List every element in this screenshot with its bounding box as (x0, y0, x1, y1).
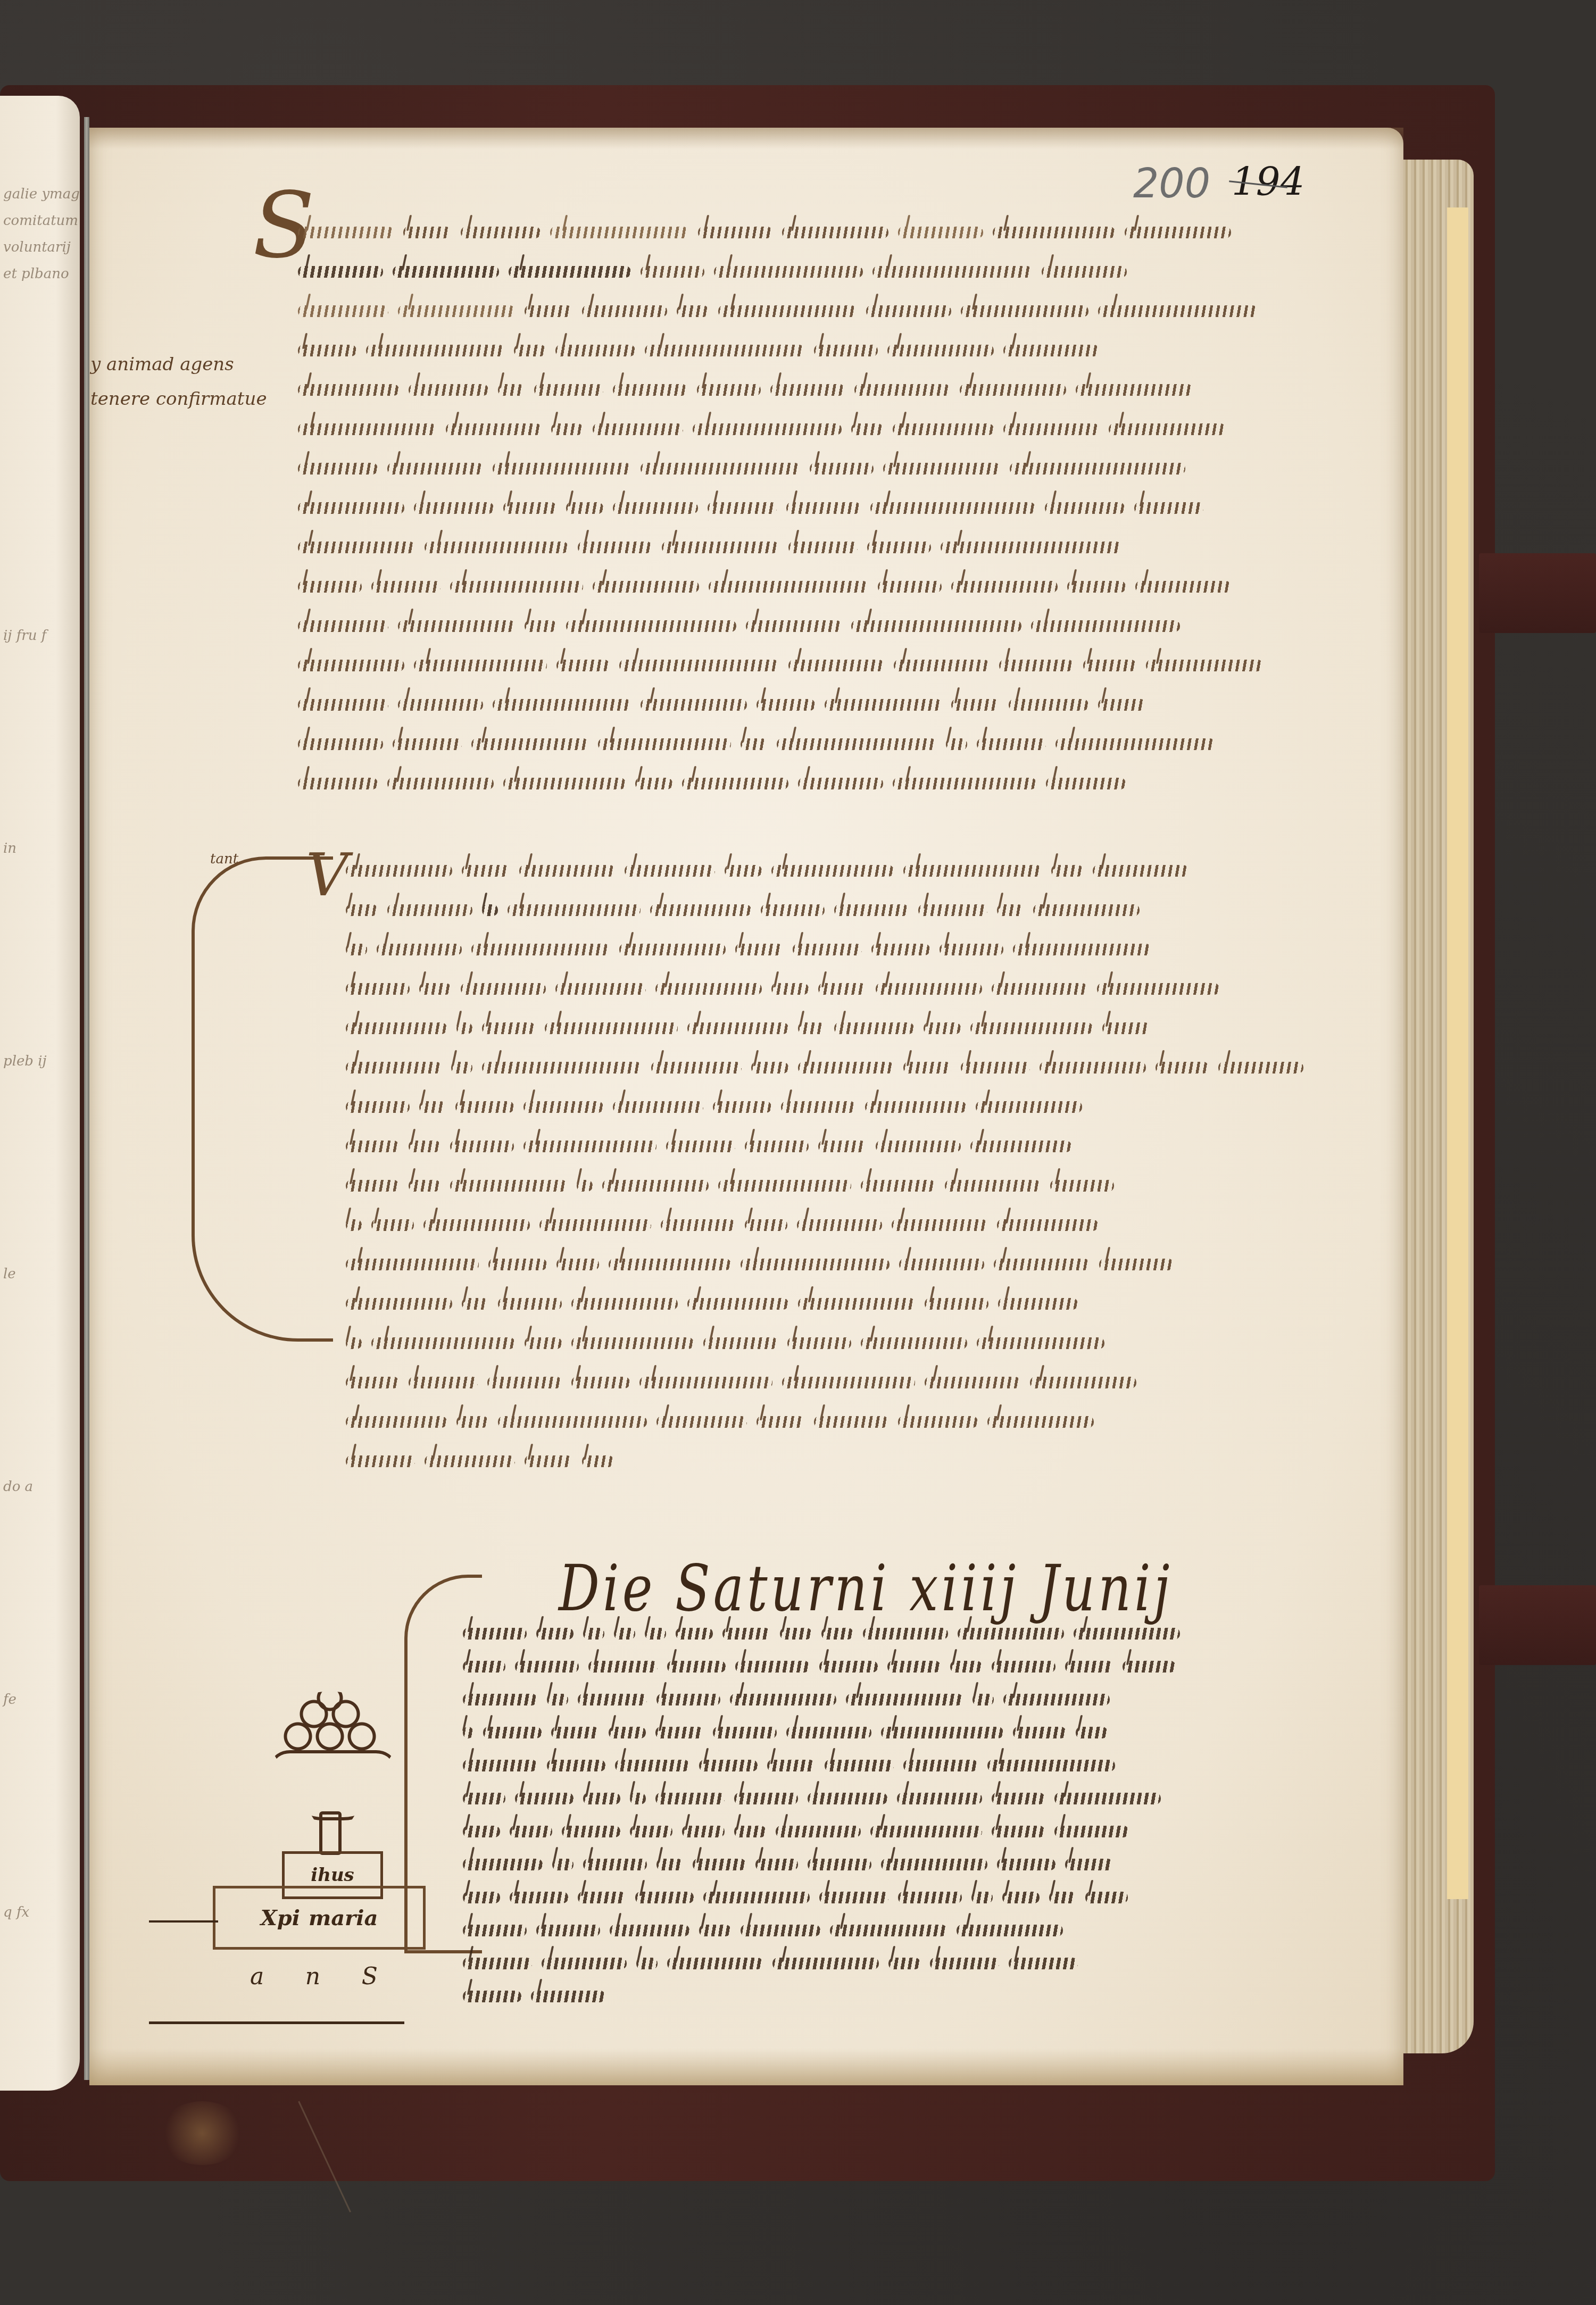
initial-letter: a (250, 1963, 264, 1990)
banner-text: Xpi (261, 1905, 300, 1930)
chalice-stem-icon (319, 1811, 342, 1855)
notary-banner-lower: Xpi maria (213, 1886, 426, 1950)
banner-text: ihus (311, 1865, 354, 1886)
endpaper (1447, 207, 1468, 1899)
margin-bracket-icon (192, 856, 333, 1342)
binding-strap-lower (1479, 1585, 1596, 1665)
ghost-text-line: ij fru f (3, 628, 46, 644)
text-entry-1 (298, 213, 1357, 803)
ghost-text-line: galie ymaga (3, 186, 80, 202)
notarial-sign: ihus Xpi maria a n S (149, 1692, 468, 2107)
notary-initials: a n S (250, 1963, 378, 1990)
page-gutter (84, 117, 89, 2080)
chalice-bowl-icon (271, 1750, 395, 1820)
ghost-text-line: comitatum (3, 213, 78, 229)
ghost-text-line: q fx (3, 1904, 29, 1920)
ghost-text-line: voluntarij (3, 239, 71, 255)
initial-letter: n (305, 1963, 320, 1990)
binding-strap-upper (1479, 553, 1596, 633)
banner-text: maria (309, 1905, 378, 1930)
ghost-text-line: et plbano (3, 266, 69, 282)
ghost-text-line: do a (3, 1479, 33, 1495)
margin-note: y animad agens (90, 354, 234, 375)
notary-sign-line (149, 1920, 218, 1923)
chalice-flower-icon (277, 1692, 383, 1755)
decorated-initial: V (306, 846, 348, 904)
notary-sign-base-line (149, 2021, 404, 2024)
ghost-text-line: in (3, 841, 16, 856)
initial-letter: S (362, 1963, 378, 1990)
page-top-stain (89, 128, 1403, 149)
text-entry-2 (346, 851, 1357, 1481)
folio-number-pencil: 200 (1133, 160, 1210, 207)
ghost-text-line: pleb ij (3, 1053, 47, 1069)
water-stain (160, 2101, 245, 2165)
entry-heading: Die Saturni xiiij Junij (559, 1551, 1173, 1626)
text-entry-3 (463, 1617, 1314, 2013)
ghost-text-line: le (3, 1266, 16, 1282)
left-page-verso: galie ymaga comitatum voluntarij et plba… (0, 96, 80, 2091)
ghost-text-line: fe (3, 1692, 16, 1708)
margin-note: tenere confirmatue (90, 388, 267, 410)
